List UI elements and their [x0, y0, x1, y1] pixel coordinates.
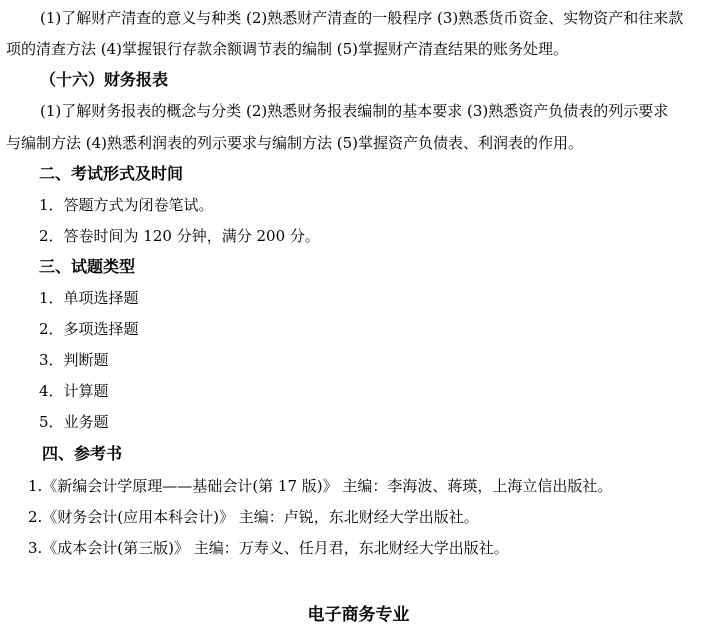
question-type-item-4: 4．计算题 [39, 381, 109, 401]
exam-format-item-2: 2．答卷时间为 120 分钟，满分 200 分。 [39, 226, 320, 246]
reference-item-3: 3.《成本会计(第三版)》 主编：万寿义、任月君，东北财经大学出版社。 [28, 538, 509, 558]
question-type-item-3: 3．判断题 [39, 350, 109, 370]
references-heading: 四、参考书 [42, 444, 122, 464]
question-types-heading: 三、试题类型 [39, 257, 135, 277]
next-section-title: 电子商务专业 [0, 604, 717, 626]
exam-format-heading: 二、考试形式及时间 [39, 164, 183, 184]
exam-format-item-1: 1．答题方式为闭卷笔试。 [39, 195, 214, 215]
section15-paragraph-line1: (1)了解财产清查的意义与种类 (2)熟悉财产清查的一般程序 (3)熟悉货币资金… [40, 8, 683, 28]
section15-paragraph-line2: 项的清查方法 (4)掌握银行存款余额调节表的编制 (5)掌握财产清查结果的账务处… [6, 39, 568, 59]
question-type-item-2: 2．多项选择题 [39, 319, 139, 339]
reference-item-1: 1.《新编会计学原理——基础会计(第 17 版)》 主编：李海波、蒋瑛，上海立信… [28, 476, 612, 496]
reference-item-2: 2.《财务会计(应用本科会计)》 主编：卢锐，东北财经大学出版社。 [28, 507, 479, 527]
section16-paragraph-line2: 与编制方法 (4)熟悉利润表的列示要求与编制方法 (5)掌握资产负债表、利润表的… [6, 133, 583, 153]
section16-paragraph-line1: (1)了解财务报表的概念与分类 (2)熟悉财务报表编制的基本要求 (3)熟悉资产… [40, 101, 668, 121]
section16-heading: （十六）财务报表 [40, 70, 168, 90]
question-type-item-5: 5．业务题 [39, 412, 109, 432]
question-type-item-1: 1．单项选择题 [39, 288, 139, 308]
